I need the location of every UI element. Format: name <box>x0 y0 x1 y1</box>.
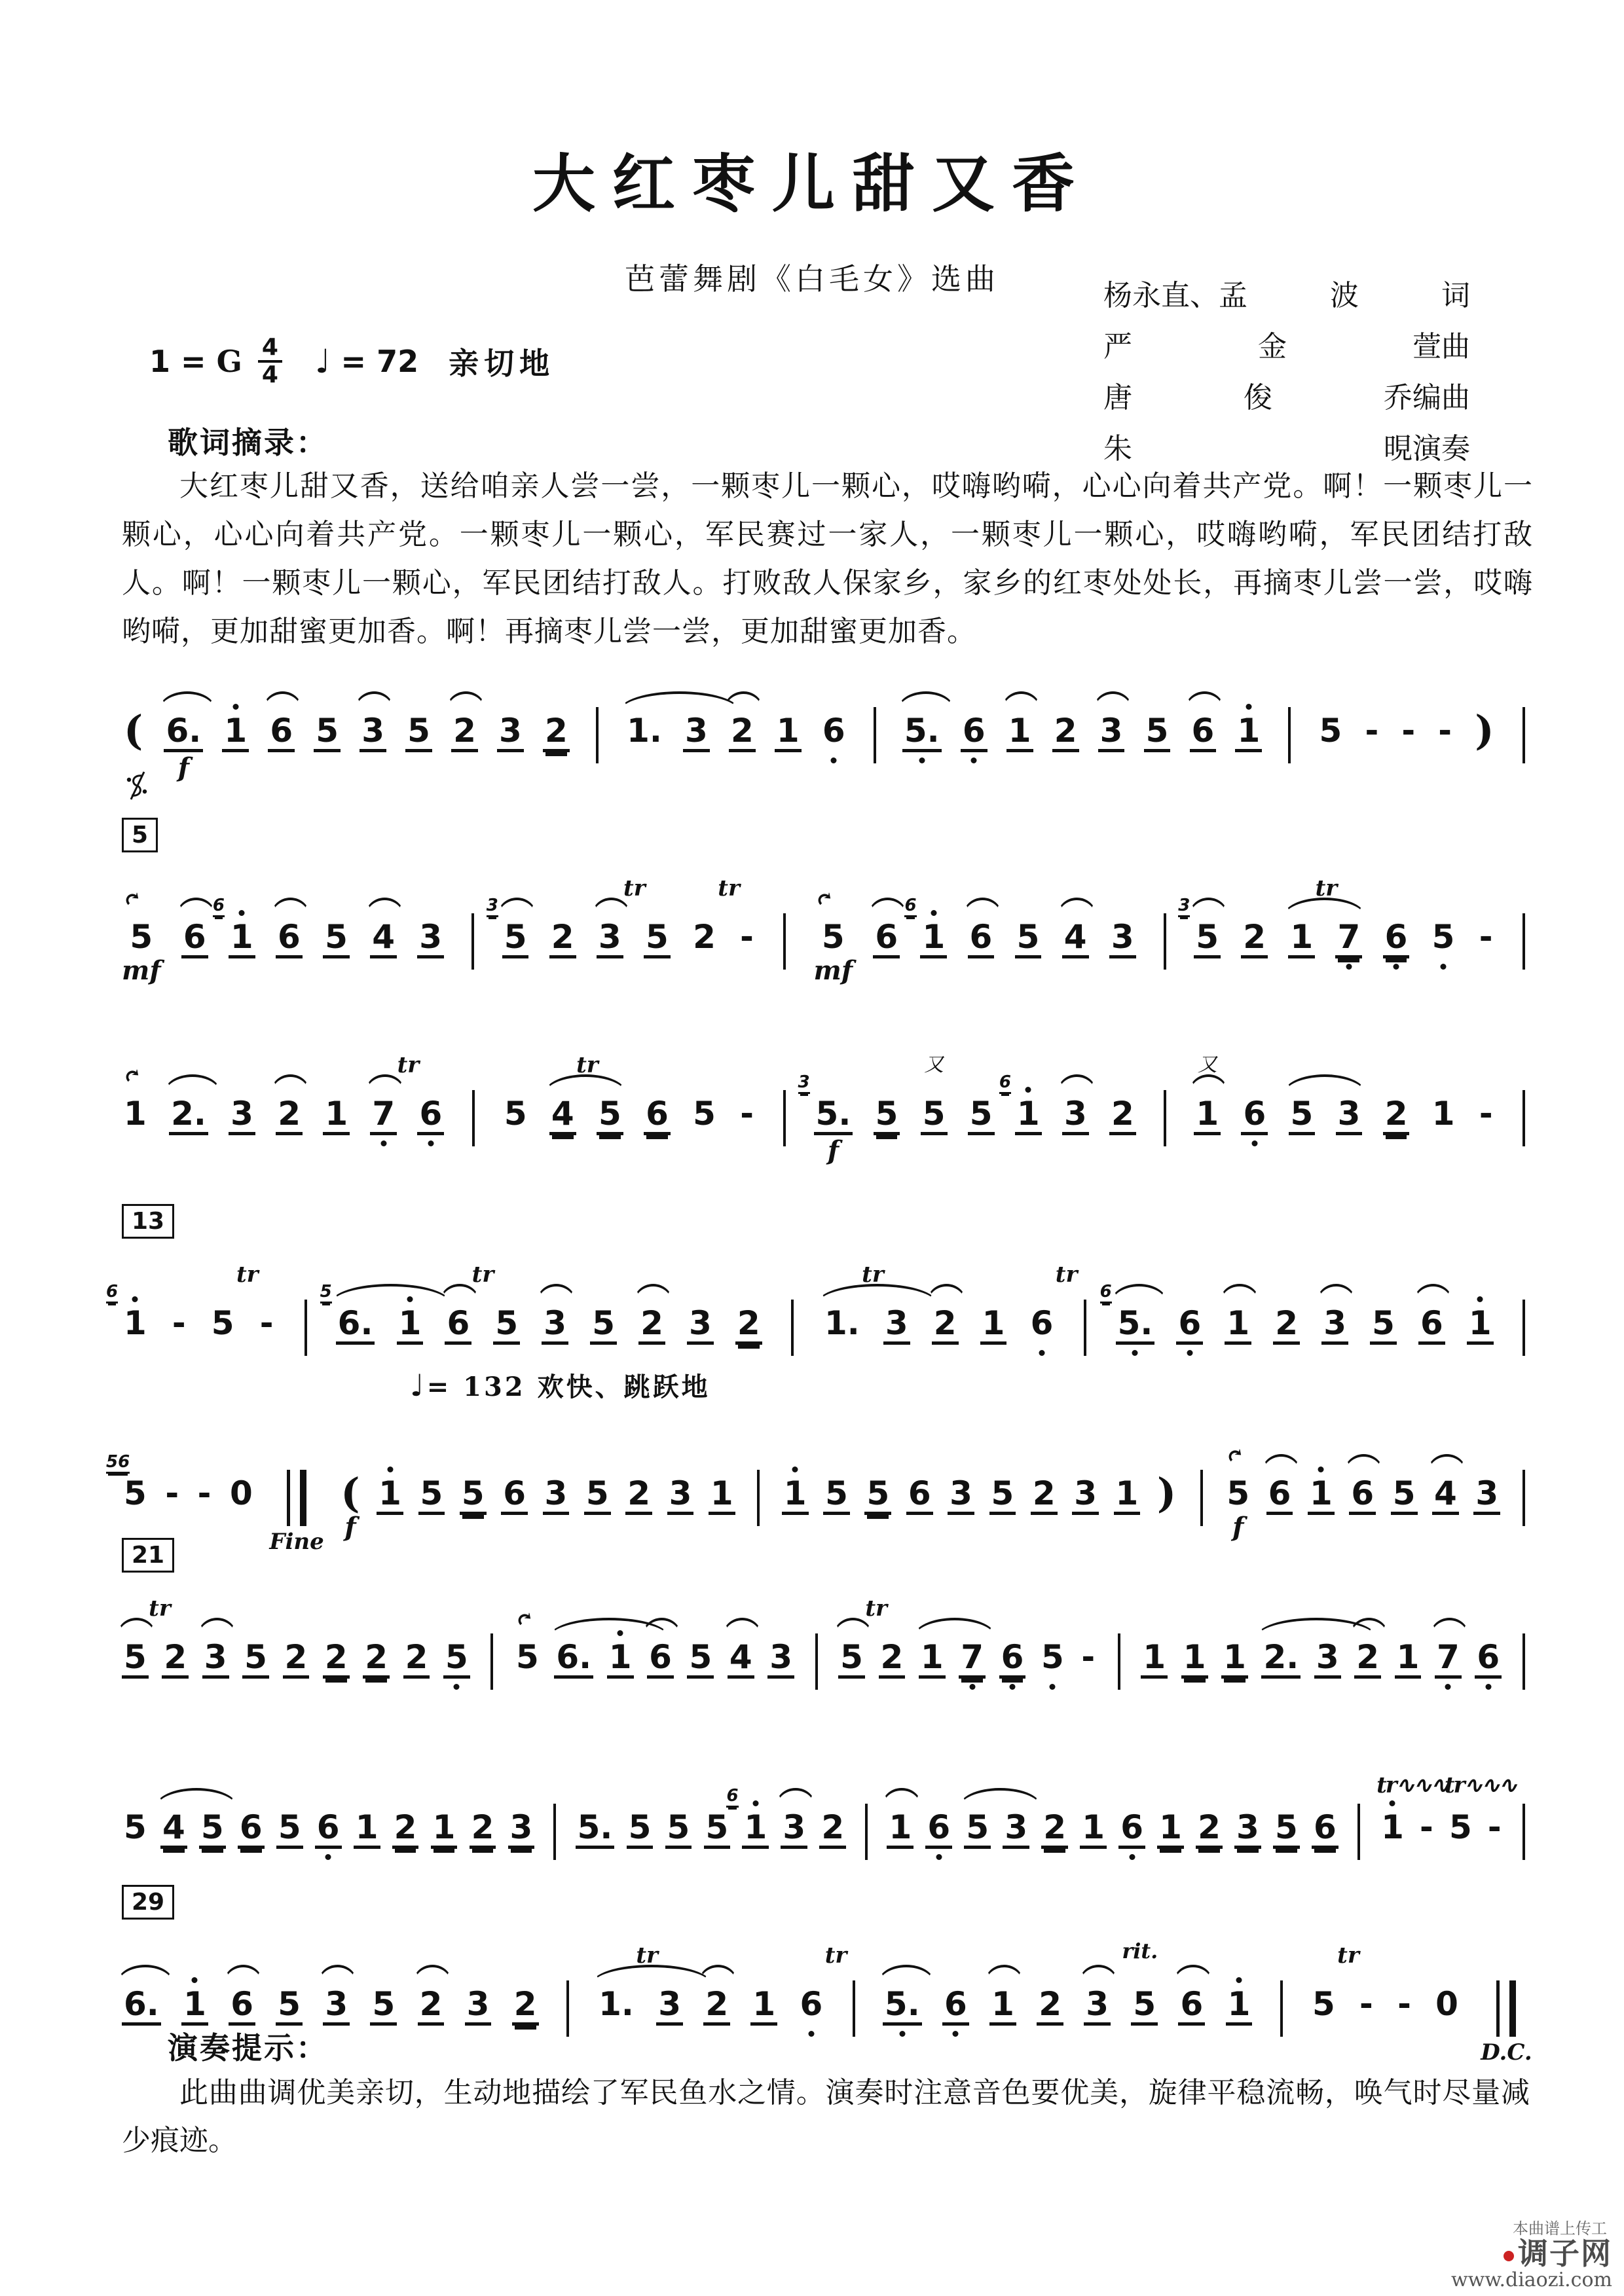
ornament-zone <box>1354 1601 1381 1639</box>
ornament-zone: rit. <box>1131 1948 1158 1986</box>
note-number: 2 <box>363 1639 390 1679</box>
upload-note: 本曲谱上传工 <box>1513 2215 1607 2238</box>
barline <box>596 707 599 763</box>
note-number: 3 <box>781 1809 807 1849</box>
note-number: 7 <box>370 1095 397 1135</box>
ornament-zone <box>276 1771 303 1809</box>
ornament-zone: tr <box>1288 881 1315 919</box>
note-number: 3 <box>1473 1475 1500 1515</box>
note-number: 1 <box>1181 1639 1208 1679</box>
ornament-zone: ↷ <box>514 1601 541 1639</box>
music-token: ) <box>1155 1437 1178 1544</box>
music-token <box>483 1601 500 1722</box>
music-token: 1 <box>1157 1771 1184 1882</box>
music-token: 3 <box>360 674 386 785</box>
performance-note-text: 此曲曲调优美亲切，生动地描绘了军民鱼水之情。演奏时注意音色要优美，旋律平稳流畅，… <box>122 2069 1530 2164</box>
grace-note: 5 <box>320 1283 332 1303</box>
note-number: 6 <box>1383 919 1410 958</box>
music-token: 2 <box>1241 881 1268 991</box>
music-token: 56. <box>336 1267 375 1377</box>
ornament-zone <box>242 1601 269 1639</box>
music-token: 5 <box>493 1267 520 1377</box>
note-number: 5 <box>874 1095 900 1135</box>
music-token: 1 <box>989 1948 1016 2058</box>
barline <box>791 1300 794 1356</box>
note-number: 1 <box>980 1305 1007 1345</box>
note-number: 6 <box>821 712 847 749</box>
note-number: 5 <box>1131 1986 1158 2026</box>
music-token: 5 <box>1273 1771 1300 1882</box>
note-number: 1 <box>989 1986 1016 2026</box>
barline <box>1522 1633 1525 1690</box>
music-token: 3 <box>1473 1437 1500 1548</box>
ornament-zone <box>549 881 576 919</box>
barline <box>1522 913 1525 970</box>
ornament-zone <box>1190 674 1217 712</box>
ornament-zone <box>323 881 350 919</box>
music-token <box>559 1948 576 2069</box>
note-number: 5 <box>276 1986 303 2026</box>
music-token: 1 <box>1006 674 1033 785</box>
ornament-zone <box>543 1437 570 1475</box>
note-number: 1 <box>1080 1809 1107 1849</box>
music-token: 1 <box>1226 1948 1253 2058</box>
note-number: 1 <box>1467 1305 1494 1345</box>
dynamic-zone: Fine <box>269 1526 323 1559</box>
barline <box>1200 1470 1203 1526</box>
note-number: 2 <box>1037 1986 1063 2026</box>
grace-note: 6 <box>999 1073 1011 1094</box>
note-number: 1 <box>1379 1809 1406 1846</box>
ornament-zone <box>1062 881 1089 919</box>
note-number: 6 <box>1475 1639 1502 1679</box>
music-token: 0 <box>228 1437 255 1544</box>
music-token <box>1515 1057 1532 1179</box>
music-token: 6 <box>999 1601 1026 1711</box>
note-number: 3 <box>767 1639 794 1679</box>
music-token: 61 <box>122 1267 149 1374</box>
note-number: - <box>196 1475 213 1512</box>
music-token: 6 <box>942 1948 969 2058</box>
slur-arc <box>1261 1454 1301 1474</box>
music-token: 1 <box>919 1601 946 1711</box>
music-token: 35 <box>502 881 529 991</box>
note-number: 2 <box>543 712 570 752</box>
music-token: tr1. <box>597 1948 636 2055</box>
ornament-zone <box>948 1437 974 1475</box>
note-number: 3 <box>417 919 444 958</box>
music-token <box>1111 1601 1128 1722</box>
music-token: 2 <box>543 674 570 785</box>
ornament-zone <box>1418 1267 1445 1305</box>
music-token: 5 <box>584 1437 611 1548</box>
octave-dot-high <box>132 1296 138 1302</box>
ornament-zone <box>665 1771 692 1809</box>
ornament-zone: ↷ <box>814 881 853 919</box>
music-token: 2 <box>418 1948 445 2058</box>
barline <box>783 1090 786 1146</box>
slur-arc <box>497 898 537 917</box>
music-token: 6 <box>315 1771 342 1882</box>
music-token: 1 <box>775 674 802 785</box>
measure-number-box: 21 <box>122 1538 174 1573</box>
music-token: 5. <box>902 674 942 785</box>
note-number: 6 <box>268 712 295 752</box>
music-token: 5 <box>199 1771 226 1882</box>
note-number: 5. <box>902 712 942 752</box>
note-number: 6 <box>942 1986 969 2026</box>
music-token: 6 <box>1349 1437 1376 1548</box>
ornament-zone: tr <box>1029 1267 1056 1305</box>
ornament-zone <box>750 1437 767 1475</box>
ornament-zone <box>363 1601 390 1639</box>
note-number: 5 <box>687 1639 714 1679</box>
note-number: 5 <box>314 712 341 752</box>
sheet-music-page: 大红枣儿甜又香 芭蕾舞剧《白毛女》选曲 杨永直、孟 波 词 严 金 萱曲 唐 俊… <box>0 0 1624 2296</box>
ornament-zone: ↷ <box>122 1057 149 1095</box>
ornament-zone <box>1118 1771 1145 1809</box>
note-number: 1 <box>887 1809 913 1849</box>
barline <box>1164 913 1166 970</box>
ornament-zone <box>1176 1267 1203 1305</box>
octave-dot-low <box>1010 1684 1016 1690</box>
ornament-zone <box>1196 1771 1223 1809</box>
note-number: 1 <box>181 1986 208 2026</box>
music-token: 3 <box>202 1601 229 1711</box>
note-number: 5 <box>460 1475 487 1515</box>
music-system: 296.16535232tr1.321tr65.6123rit.561tr5--… <box>122 1948 1532 2069</box>
music-token: 3 <box>1003 1771 1029 1882</box>
ornament-zone <box>1432 1437 1459 1475</box>
ornament-zone <box>483 1601 500 1639</box>
ornament-zone <box>122 1948 161 1986</box>
music-token: 2 <box>932 1267 959 1377</box>
music-token: tr3 <box>597 881 623 991</box>
slur-arc <box>1189 898 1228 917</box>
music-token: 6 <box>644 1057 671 1168</box>
music-token: ( <box>122 674 145 782</box>
note-number: 3 <box>1072 1475 1099 1515</box>
music-token: 4 <box>370 881 397 991</box>
slur-arc <box>164 1074 221 1094</box>
ornament-zone <box>687 1601 714 1639</box>
octave-dot-high <box>239 910 245 916</box>
octave-dot-low <box>969 1684 975 1690</box>
note-number: 3 <box>1234 1809 1261 1849</box>
performance-note-heading: 演奏提示： <box>168 2024 328 2068</box>
note-number: 0 <box>1433 1986 1460 2022</box>
music-token: tr6 <box>798 1948 825 2055</box>
barline <box>304 1300 307 1356</box>
music-token <box>776 881 793 1002</box>
note-number: 3 <box>1109 919 1136 958</box>
note-number: 5 <box>122 1639 149 1679</box>
slur-arc <box>270 898 310 917</box>
ornament-zone: tr <box>798 1948 825 1986</box>
music-token: 2. <box>169 1057 208 1168</box>
ornament-zone <box>460 1437 487 1475</box>
barline <box>566 1980 569 2037</box>
music-token: tr1 <box>1288 881 1315 991</box>
note-number: 6 <box>181 919 208 958</box>
note-number: 6 <box>229 1986 255 2026</box>
music-token: 4 <box>1062 881 1089 991</box>
music-token: 2 <box>363 1601 390 1711</box>
slur-arc <box>1173 1965 1213 1984</box>
music-token: 1 <box>1235 674 1262 785</box>
note-number: 1 <box>1157 1809 1184 1849</box>
music-token: - <box>170 1267 188 1374</box>
music-token: - <box>1436 674 1454 782</box>
note-number: 5. <box>576 1809 615 1849</box>
music-token: 5 <box>874 1057 900 1168</box>
music-token: 6 <box>1178 1948 1205 2058</box>
note-number: 2 <box>1109 1095 1136 1135</box>
note-number: 4 <box>370 919 397 958</box>
music-token: 4 <box>160 1771 187 1882</box>
note-number: 6 <box>1176 1305 1203 1345</box>
music-token: 5 <box>314 674 341 785</box>
ornament-zone <box>501 1437 528 1475</box>
music-token: 6 <box>961 674 987 785</box>
ornament-zone <box>418 1437 445 1475</box>
note-number: 5 <box>199 1809 226 1849</box>
note-number: 5 <box>502 1095 529 1132</box>
ornament-zone <box>1515 674 1532 712</box>
slur-arc <box>536 1284 576 1303</box>
ornament-zone <box>968 1057 995 1095</box>
ornament-zone <box>925 1771 952 1809</box>
ornament-zone <box>932 1267 959 1305</box>
trill-mark: tr <box>236 1262 259 1288</box>
note-number: 3 <box>883 1305 910 1345</box>
ornament-zone <box>750 1948 777 1986</box>
music-token: 3 <box>1314 1601 1341 1711</box>
ornament-zone <box>181 881 208 919</box>
music-token: 4 <box>1432 1437 1459 1548</box>
note-number: 5 <box>989 1475 1016 1515</box>
note-number: 4 <box>728 1639 754 1679</box>
music-token: 2 <box>703 1948 730 2058</box>
note-number: 3 <box>1336 1095 1363 1135</box>
music-token: 2 <box>638 1267 665 1377</box>
music-token: - <box>1399 674 1417 782</box>
ornament-zone <box>276 881 303 919</box>
ornament-zone: 56 <box>122 1437 149 1475</box>
site-watermark: 本曲谱上传工 调子网 www.diaozi.com <box>1451 2215 1612 2292</box>
note-number: 2 <box>512 1986 539 2026</box>
ornament-zone <box>959 1601 986 1639</box>
ornament-zone <box>554 1601 593 1639</box>
note-number: 6 <box>1418 1305 1445 1345</box>
trill-mark: tr <box>865 1595 887 1622</box>
music-token: 1 <box>980 1267 1007 1377</box>
music-token: 1 <box>377 1437 403 1548</box>
site-name: 调子网 <box>1518 2236 1612 2271</box>
music-token: 6 <box>276 881 303 991</box>
music-token: 1 <box>709 1437 735 1548</box>
paren: ) <box>1473 712 1496 749</box>
measure-number-box: 29 <box>122 1885 174 1920</box>
music-token: - <box>1079 1601 1097 1708</box>
note-number: 3 <box>323 1986 350 2026</box>
ornament-zone <box>1273 1267 1300 1305</box>
music-token: 1 <box>397 1267 424 1377</box>
note-number: 2 <box>1273 1305 1300 1345</box>
grace-note: 6 <box>106 1283 118 1303</box>
note-number: 6 <box>798 1986 825 2022</box>
slur-arc <box>365 898 405 917</box>
note-number: 1 <box>122 1095 149 1132</box>
slur-arc <box>318 1965 358 1984</box>
music-token: 3 <box>767 1601 794 1711</box>
note-number: 2 <box>392 1809 419 1849</box>
note-number: - <box>258 1305 276 1341</box>
ornament-zone <box>1241 1057 1268 1095</box>
ornament-zone <box>808 1601 825 1639</box>
trill-mark: tr <box>825 1942 847 1969</box>
music-token: 3 <box>542 1267 568 1377</box>
ornament-zone <box>1006 674 1033 712</box>
barline <box>472 1090 475 1146</box>
music-token: 5 <box>823 1437 850 1548</box>
grace-note: 6 <box>726 1787 738 1808</box>
music-token: 6 <box>1176 1267 1203 1377</box>
music-token: 2 <box>729 674 756 785</box>
ornament-zone <box>543 674 570 712</box>
ornament-zone: 又 <box>921 1057 948 1095</box>
note-number: 1 <box>397 1305 424 1345</box>
music-token <box>1515 1437 1532 1559</box>
note-number: 1 <box>222 712 249 752</box>
music-token: 6 <box>1241 1057 1268 1168</box>
music-token <box>1515 1267 1532 1389</box>
octave-dot-low <box>919 757 925 763</box>
barline <box>865 1804 868 1860</box>
music-token <box>1193 1437 1210 1559</box>
note-number: - <box>738 1095 756 1132</box>
music-token: 5 <box>864 1437 891 1548</box>
note-number: 1. <box>625 712 664 749</box>
music-token: 1 <box>1467 1267 1494 1377</box>
note-number: 5 <box>418 1475 445 1515</box>
ornament-zone: ↷ <box>1225 1437 1251 1475</box>
ornament-zone <box>590 1267 617 1305</box>
music-token: 5 <box>590 1267 617 1377</box>
ornament-zone <box>276 1057 303 1095</box>
note-number: 2 <box>470 1809 496 1849</box>
ornament-zone <box>122 1771 149 1809</box>
note-number: 2 <box>625 1475 652 1515</box>
ornament-zone <box>589 674 606 712</box>
music-token: 1 <box>1225 1267 1251 1377</box>
note-number: 5 <box>323 919 350 958</box>
ornament-zone <box>1486 1771 1504 1809</box>
ornament-zone <box>1039 1601 1066 1639</box>
ornament-zone <box>1072 1437 1099 1475</box>
ornament-zone <box>845 1948 862 1986</box>
music-token: 6 <box>906 1437 933 1548</box>
music-token: 3 <box>687 1267 714 1377</box>
ornament-zone <box>627 1771 654 1809</box>
ornament-zone <box>821 674 847 712</box>
ornament-zone: 5 <box>336 1267 375 1305</box>
octave-dot-high <box>931 910 936 916</box>
ornament-zone <box>687 1267 714 1305</box>
note-number: 5 <box>665 1809 692 1849</box>
music-token: 3 <box>465 1948 492 2058</box>
note-number: 6. <box>554 1639 593 1679</box>
note-number: 5 <box>1144 712 1171 752</box>
note-number: 2. <box>1261 1639 1301 1679</box>
grace-note: 6 <box>904 896 916 917</box>
ornament-zone <box>961 674 987 712</box>
note-number: 1 <box>1194 1095 1221 1135</box>
music-token: 2 <box>1052 674 1079 785</box>
note-number: 0 <box>228 1475 255 1512</box>
music-token: 5 <box>405 674 432 785</box>
octave-dot-low <box>1445 1684 1451 1690</box>
note-number: 5 <box>597 1095 623 1135</box>
note-number: 5 <box>1273 1809 1300 1849</box>
ornament-zone <box>823 1437 850 1475</box>
music-token: 3 <box>667 1437 694 1548</box>
music-token: 5 <box>276 1771 303 1882</box>
ornament-zone <box>576 1771 615 1809</box>
note-number: 2 <box>691 919 718 955</box>
music-token: 5 <box>1289 1057 1316 1168</box>
ornament-zone <box>465 1057 482 1095</box>
music-token: rit.5 <box>1131 1948 1158 2058</box>
note-number: 1. <box>822 1305 862 1341</box>
note-number: 2 <box>879 1639 906 1679</box>
music-token: 35 <box>1194 881 1221 991</box>
grace-note: 6 <box>1100 1283 1112 1303</box>
note-number: 6 <box>1178 1986 1205 2026</box>
ornament-zone <box>1062 1057 1089 1095</box>
music-token: 2 <box>1031 1437 1058 1548</box>
music-token: 3 <box>1062 1057 1089 1168</box>
barline <box>1118 1633 1120 1690</box>
octave-dot-low <box>899 2031 905 2037</box>
barline <box>1280 1980 1283 2037</box>
music-token: 2 <box>735 1267 762 1377</box>
music-token: 1 <box>431 1771 458 1882</box>
ornament-zone <box>906 1437 933 1475</box>
music-token: 2 <box>323 1601 350 1711</box>
ornament-zone <box>864 1437 891 1475</box>
note-number: 1 <box>1221 1639 1248 1679</box>
ornament-zone <box>276 1948 303 1986</box>
music-token: 2 <box>403 1601 430 1711</box>
slur-arc <box>927 1284 967 1303</box>
ornament-zone <box>767 1601 794 1639</box>
trill-mark: tr <box>718 875 740 902</box>
music-token: 1 <box>354 1771 380 1882</box>
barline <box>783 913 786 970</box>
music-token: tr∿∿∿5 <box>1447 1771 1474 1878</box>
ornament-zone <box>1433 1948 1460 1986</box>
ornament-zone: tr <box>597 881 623 919</box>
ornament-zone: 3 <box>502 881 529 919</box>
ornament-zone <box>1477 881 1495 919</box>
slur-arc <box>354 691 394 711</box>
music-token: 1 <box>1181 1601 1208 1711</box>
site-url: www.diaozi.com <box>1451 2269 1612 2292</box>
octave-dot-low <box>1485 1684 1491 1690</box>
music-token: tr5 <box>122 1601 149 1711</box>
music-token: 5 <box>418 1437 445 1548</box>
